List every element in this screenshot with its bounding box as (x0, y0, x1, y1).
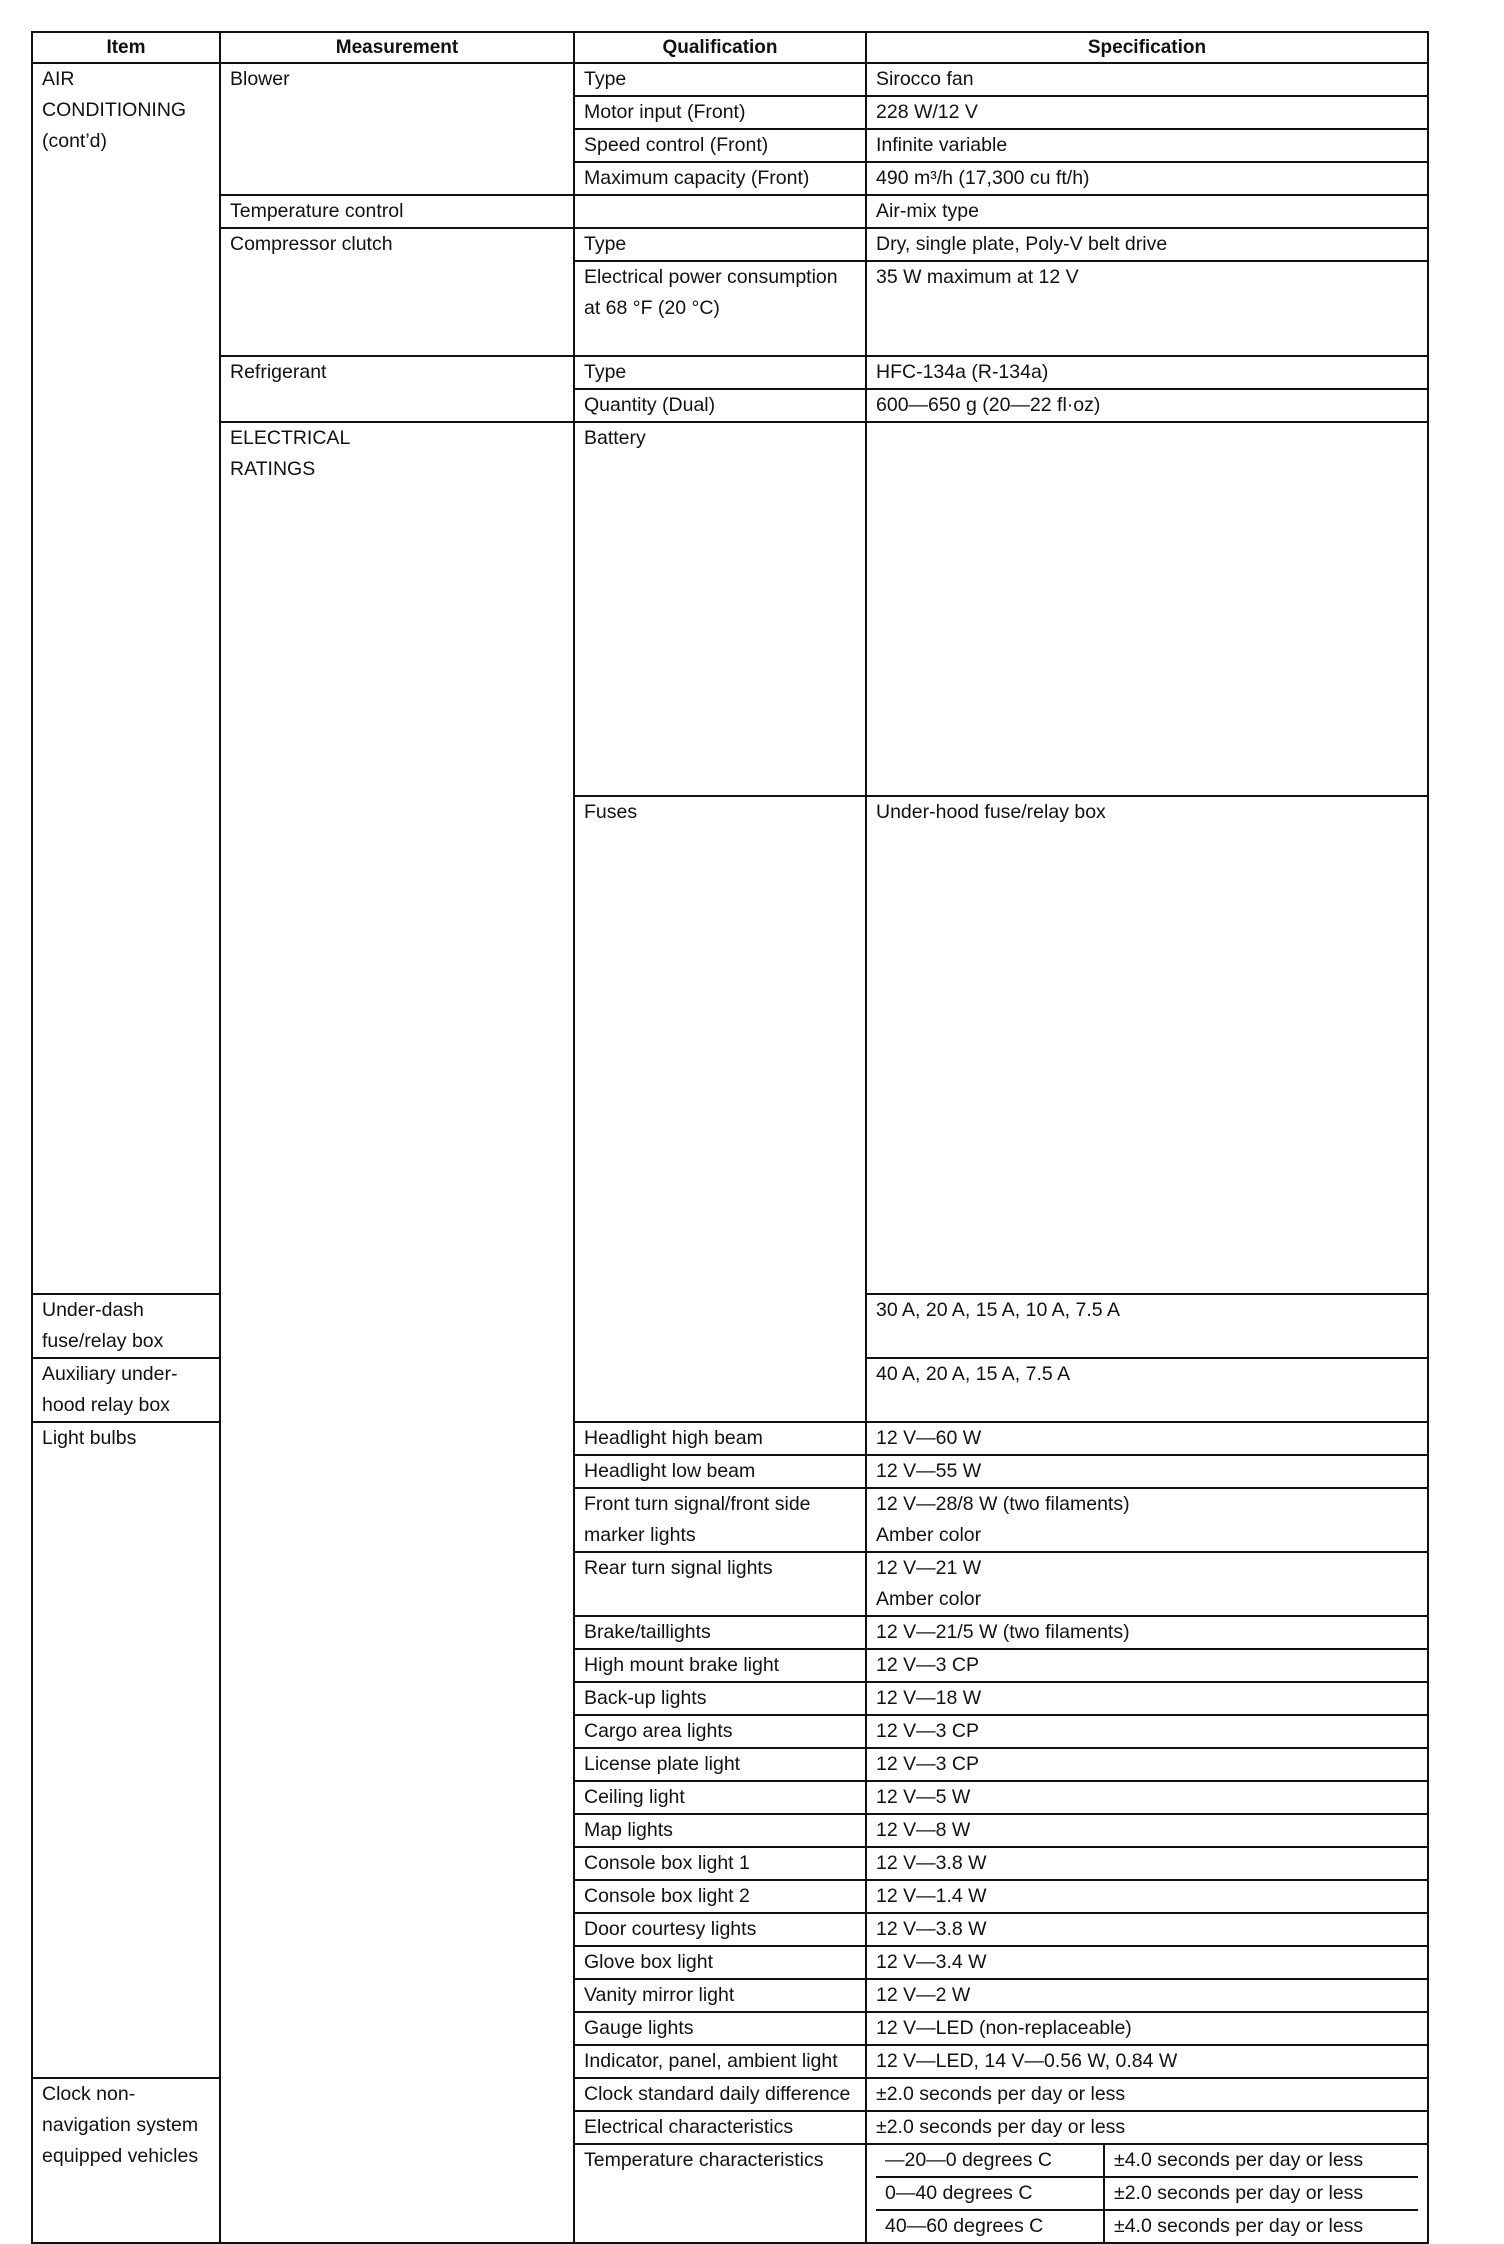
specification-cell: 600—650 g (20—22 fl·oz) (866, 389, 1428, 422)
specification-cell: 12 V—18 W (866, 1682, 1428, 1715)
qualification-cell: Clock standard daily difference (574, 2078, 866, 2111)
specification-cell: 12 V—8 W (866, 1814, 1428, 1847)
specification-cell: 12 V—2 W (866, 1979, 1428, 2012)
qualification-cell: Cargo area lights (574, 1715, 866, 1748)
qualification-cell: Maximum capacity (Front) (574, 162, 866, 195)
header-row: Item Measurement Qualification Specifica… (32, 32, 1428, 63)
measurement-fuses: Fuses (574, 796, 866, 1422)
qualification-cell: Door courtesy lights (574, 1913, 866, 1946)
qualification-cell: Under-hood fuse/relay box (866, 796, 1428, 1294)
qualification-cell: Speed control (Front) (574, 129, 866, 162)
qualification-cell: Type (574, 228, 866, 261)
measurement-compressor-clutch: Compressor clutch (220, 228, 574, 356)
qualification-cell (866, 422, 1428, 796)
specifications-table: Item Measurement Qualification Specifica… (31, 31, 1429, 2244)
measurement-light-bulbs: Light bulbs (32, 1422, 220, 2078)
specification-cell: Dry, single plate, Poly-V belt drive (866, 228, 1428, 261)
temperature-ranges: —20—0 degrees C ±4.0 seconds per day or … (866, 2144, 1428, 2243)
specification-cell: Sirocco fan (866, 63, 1428, 96)
qualification-cell: Type (574, 356, 866, 389)
specification-cell: 12 V—3.4 W (866, 1946, 1428, 1979)
table-row: Compressor clutch Type Dry, single plate… (32, 228, 1428, 261)
qualification-cell (574, 195, 866, 228)
specification-cell: 228 W/12 V (866, 96, 1428, 129)
specification-cell: 12 V—1.4 W (866, 1880, 1428, 1913)
specification-cell: 12 V—3 CP (866, 1715, 1428, 1748)
qualification-cell: Console box light 1 (574, 1847, 866, 1880)
specification-cell: 12 V—3.8 W (866, 1847, 1428, 1880)
specification-cell: Infinite variable (866, 129, 1428, 162)
header-qualification: Qualification (574, 32, 866, 63)
qualification-cell: Temperature characteristics (574, 2144, 866, 2243)
qualification-cell: Gauge lights (574, 2012, 866, 2045)
header-specification: Specification (866, 32, 1428, 63)
qualification-cell: License plate light (574, 1748, 866, 1781)
measurement-temperature-control: Temperature control (220, 195, 574, 228)
table-row: Refrigerant Type HFC-134a (R-134a) (32, 356, 1428, 389)
qualification-cell: Vanity mirror light (574, 1979, 866, 2012)
table-row: ELECTRICAL RATINGS Battery 12 V—72 Ah/20… (32, 422, 1428, 796)
qualification-cell: Headlight low beam (574, 1455, 866, 1488)
qualification-cell: Indicator, panel, ambient light (574, 2045, 866, 2078)
specification-cell: 12 V—21 W Amber color (866, 1552, 1428, 1616)
qualification-cell: Rear turn signal lights (574, 1552, 866, 1616)
specification-cell: 490 m³/h (17,300 cu ft/h) (866, 162, 1428, 195)
qualification-cell: Electrical characteristics (574, 2111, 866, 2144)
specification-cell: 12 V—LED, 14 V—0.56 W, 0.84 W (866, 2045, 1428, 2078)
qualification-cell: Back-up lights (574, 1682, 866, 1715)
specification-cell: 12 V—3.8 W (866, 1913, 1428, 1946)
specification-cell: ±2.0 seconds per day or less (866, 2111, 1428, 2144)
specification-cell: HFC-134a (R-134a) (866, 356, 1428, 389)
qualification-cell: Motor input (Front) (574, 96, 866, 129)
header-measurement: Measurement (220, 32, 574, 63)
measurement-refrigerant: Refrigerant (220, 356, 574, 422)
qualification-cell: Under-dash fuse/relay box (32, 1294, 220, 1358)
header-item: Item (32, 32, 220, 63)
table-row: Temperature control Air-mix type (32, 195, 1428, 228)
specification-cell: 12 V—3 CP (866, 1748, 1428, 1781)
qualification-cell: Electrical power consumption at 68 °F (2… (574, 261, 866, 356)
temperature-range-row: 40—60 degrees C ±4.0 seconds per day or … (876, 2211, 1418, 2242)
qualification-cell: Brake/taillights (574, 1616, 866, 1649)
item-electrical-ratings: ELECTRICAL RATINGS (220, 422, 574, 2243)
specification-cell: 12 V—28/8 W (two filaments) Amber color (866, 1488, 1428, 1552)
qualification-cell: Headlight high beam (574, 1422, 866, 1455)
temperature-range-row: —20—0 degrees C ±4.0 seconds per day or … (876, 2145, 1418, 2178)
specification-cell: 35 W maximum at 12 V (866, 261, 1428, 356)
qualification-cell: High mount brake light (574, 1649, 866, 1682)
qualification-cell: Ceiling light (574, 1781, 866, 1814)
qualification-cell: Front turn signal/front side marker ligh… (574, 1488, 866, 1552)
qualification-cell: Map lights (574, 1814, 866, 1847)
specification-cell: 30 A, 20 A, 15 A, 10 A, 7.5 A (866, 1294, 1428, 1358)
table-row: AIR CONDITIONING (cont’d) Blower Type Si… (32, 63, 1428, 96)
item-air-conditioning: AIR CONDITIONING (cont’d) (32, 63, 220, 1294)
specification-cell: 12 V—60 W (866, 1422, 1428, 1455)
qualification-cell: Console box light 2 (574, 1880, 866, 1913)
measurement-clock: Clock non-navigation system equipped veh… (32, 2078, 220, 2243)
temperature-range-row: 0—40 degrees C ±2.0 seconds per day or l… (876, 2178, 1418, 2211)
qualification-cell: Quantity (Dual) (574, 389, 866, 422)
specification-cell: 12 V—5 W (866, 1781, 1428, 1814)
specification-cell: 12 V—LED (non-replaceable) (866, 2012, 1428, 2045)
qualification-cell: Type (574, 63, 866, 96)
measurement-blower: Blower (220, 63, 574, 195)
specification-cell: Air-mix type (866, 195, 1428, 228)
specification-cell: 12 V—3 CP (866, 1649, 1428, 1682)
specification-cell: 40 A, 20 A, 15 A, 7.5 A (866, 1358, 1428, 1422)
qualification-cell: Glove box light (574, 1946, 866, 1979)
specification-cell: ±2.0 seconds per day or less (866, 2078, 1428, 2111)
specification-cell: 12 V—55 W (866, 1455, 1428, 1488)
qualification-cell: Auxiliary under-hood relay box (32, 1358, 220, 1422)
measurement-battery: Battery (574, 422, 866, 796)
specification-cell: 12 V—21/5 W (two filaments) (866, 1616, 1428, 1649)
